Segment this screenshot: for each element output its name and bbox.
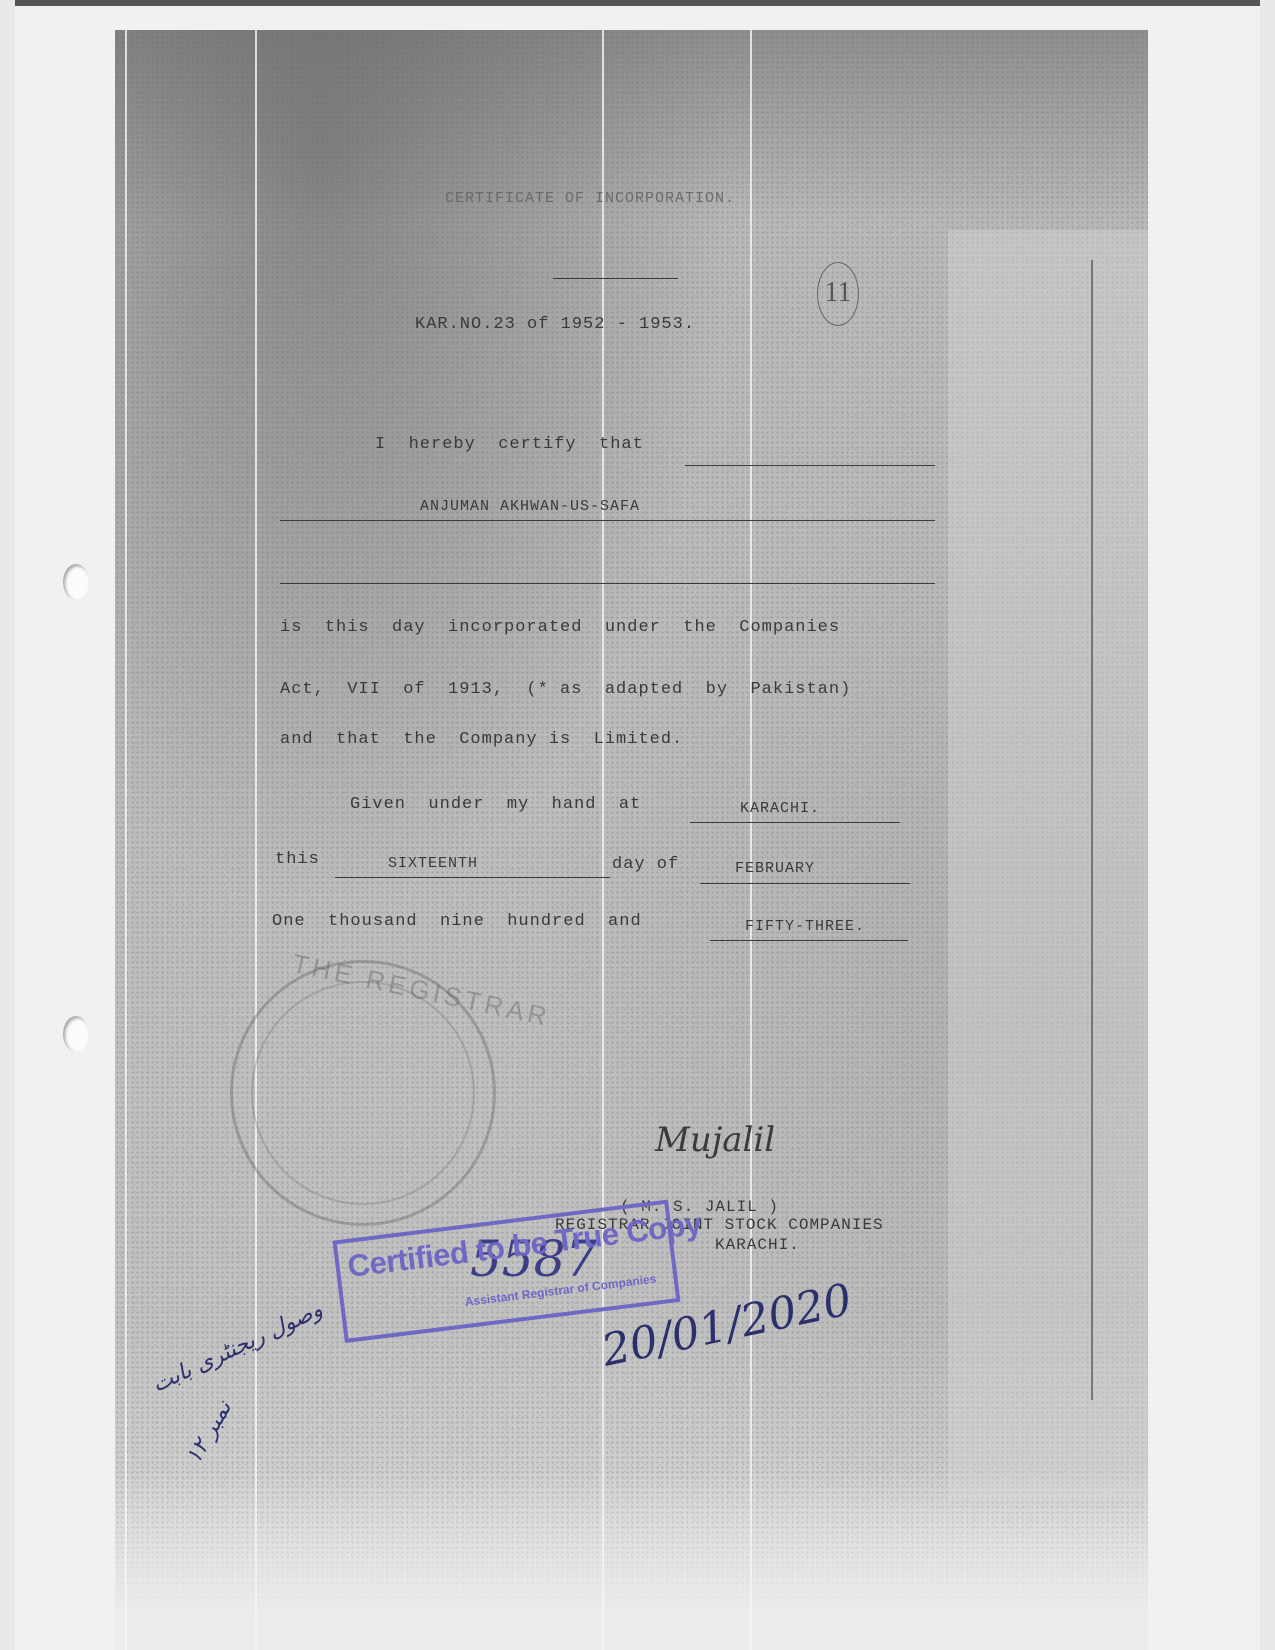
month-value: FEBRUARY xyxy=(735,860,815,877)
scan-streak xyxy=(750,30,752,1650)
scan-noise xyxy=(948,230,1148,1500)
scanned-certificate xyxy=(115,30,1148,1650)
this-label: this xyxy=(275,850,320,869)
company-name: ANJUMAN AKHWAN-US-SAFA xyxy=(420,498,640,515)
year-value: FIFTY-THREE. xyxy=(745,918,865,935)
blank-line xyxy=(685,465,935,466)
scan-streak xyxy=(255,30,257,1650)
given-prefix: Given under my hand at xyxy=(350,795,641,814)
day-of-label: day of xyxy=(612,855,679,874)
blank-line xyxy=(335,877,610,878)
body-line-1: is this day incorporated under the Compa… xyxy=(280,618,840,637)
scan-streak xyxy=(602,30,604,1650)
blank-line xyxy=(700,883,910,884)
punch-hole xyxy=(63,1016,89,1052)
certificate-title: CERTIFICATE OF INCORPORATION. xyxy=(445,190,735,207)
certify-intro: I hereby certify that xyxy=(375,435,644,454)
signatory-city: KARACHI. xyxy=(715,1236,800,1254)
scan-streak xyxy=(125,30,127,1650)
place-value: KARACHI. xyxy=(740,800,820,817)
year-prefix: One thousand nine hundred and xyxy=(272,912,642,931)
body-line-3: and that the Company is Limited. xyxy=(280,730,683,749)
blank-line xyxy=(280,520,935,521)
body-line-2: Act, VII of 1913, (* as adapted by Pakis… xyxy=(280,680,851,699)
document-border xyxy=(1091,260,1093,1400)
blank-line xyxy=(710,940,908,941)
registration-number: KAR.NO.23 of 1952 - 1953. xyxy=(415,315,695,334)
blank-line xyxy=(280,583,935,584)
stamp-sub-text: Assistant Registrar of Companies xyxy=(464,1272,657,1309)
title-rule xyxy=(553,278,678,279)
day-value: SIXTEENTH xyxy=(388,855,478,872)
punch-hole xyxy=(63,564,89,600)
page-number-mark: 11 xyxy=(817,262,859,326)
scan-fade xyxy=(115,1470,1148,1650)
registrar-signature: Mujalil xyxy=(655,1120,775,1160)
blank-line xyxy=(690,822,900,823)
